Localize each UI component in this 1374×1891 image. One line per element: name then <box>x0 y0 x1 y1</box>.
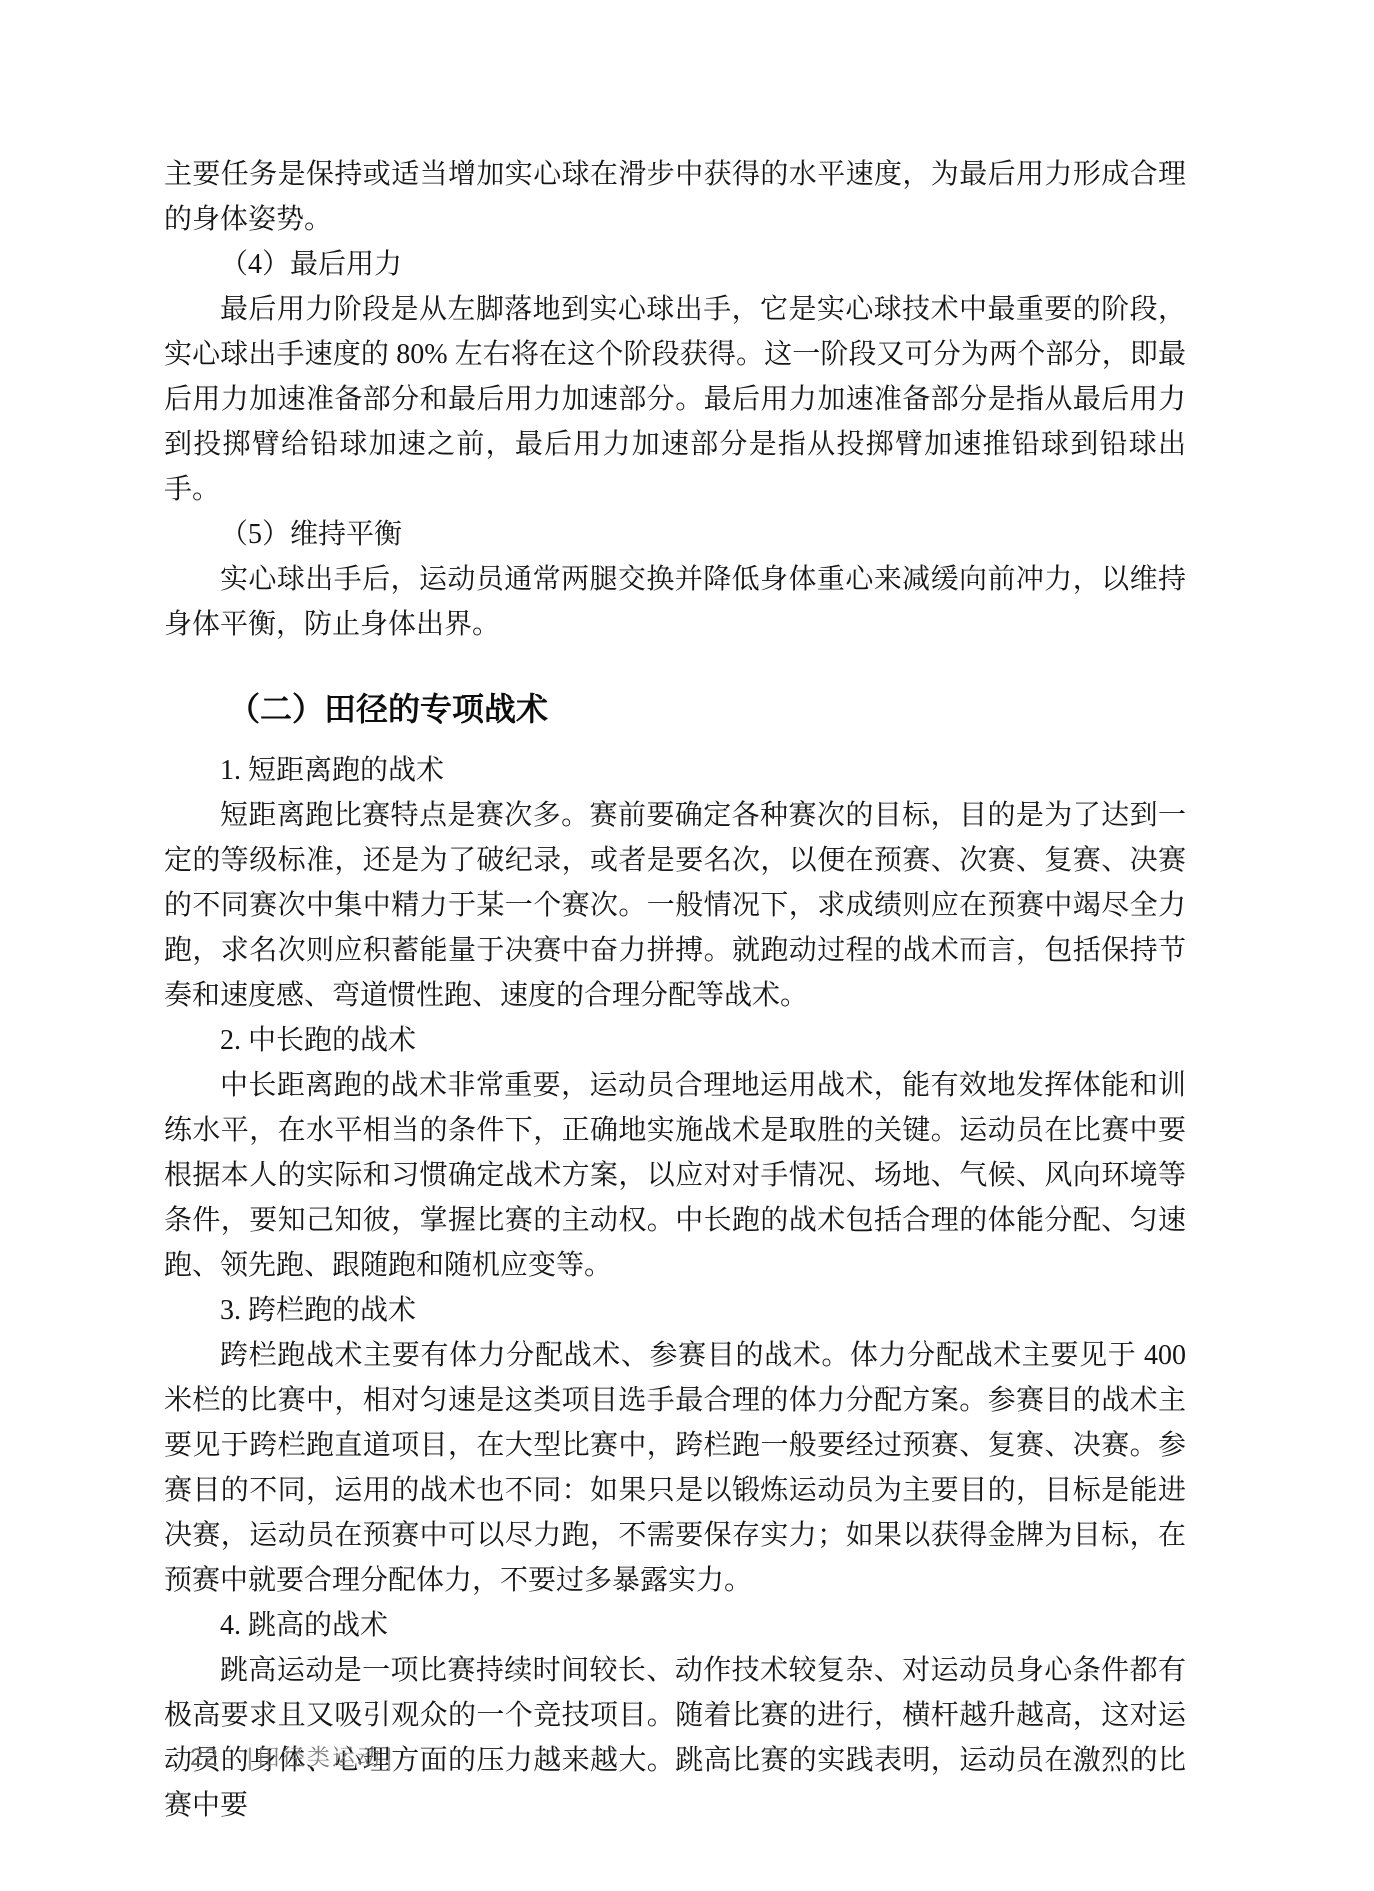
page-body-text: 主要任务是保持或适当增加实心球在滑步中获得的水平速度，为最后用力形成合理的身体姿… <box>164 152 1186 1828</box>
list-item-heading: 2. 中长跑的战术 <box>164 1018 1186 1063</box>
section-heading: （二）田径的专项战术 <box>164 684 1186 734</box>
paragraph: 中长距离跑的战术非常重要，运动员合理地运用战术，能有效地发挥体能和训练水平，在水… <box>164 1063 1186 1288</box>
paragraph: 实心球出手后，运动员通常两腿交换并降低身体重心来减缓向前冲力，以维持身体平衡，防… <box>164 557 1186 647</box>
page-footer: 22|田径类运动| <box>190 1742 392 1773</box>
numbered-point-heading: （5）维持平衡 <box>164 512 1186 557</box>
footer-divider-left: | <box>247 1744 253 1771</box>
numbered-point-heading: （4）最后用力 <box>164 242 1186 287</box>
paragraph: 跳高运动是一项比赛持续时间较长、动作技术较复杂、对运动员身心条件都有极高要求且又… <box>164 1648 1186 1828</box>
paragraph: 最后用力阶段是从左脚落地到实心球出手，它是实心球技术中最重要的阶段，实心球出手速… <box>164 287 1186 512</box>
paragraph: 主要任务是保持或适当增加实心球在滑步中获得的水平速度，为最后用力形成合理的身体姿… <box>164 152 1186 242</box>
footer-section-title: 田径类运动 <box>257 1744 382 1770</box>
page-number: 22 <box>190 1743 219 1773</box>
footer-divider-right: | <box>386 1744 392 1771</box>
list-item-heading: 3. 跨栏跑的战术 <box>164 1288 1186 1333</box>
list-item-heading: 4. 跳高的战术 <box>164 1603 1186 1648</box>
book-page: 主要任务是保持或适当增加实心球在滑步中获得的水平速度，为最后用力形成合理的身体姿… <box>0 0 1374 1891</box>
paragraph: 短距离跑比赛特点是赛次多。赛前要确定各种赛次的目标，目的是为了达到一定的等级标准… <box>164 793 1186 1018</box>
list-item-heading: 1. 短距离跑的战术 <box>164 748 1186 793</box>
paragraph: 跨栏跑战术主要有体力分配战术、参赛目的战术。体力分配战术主要见于 400 米栏的… <box>164 1333 1186 1603</box>
